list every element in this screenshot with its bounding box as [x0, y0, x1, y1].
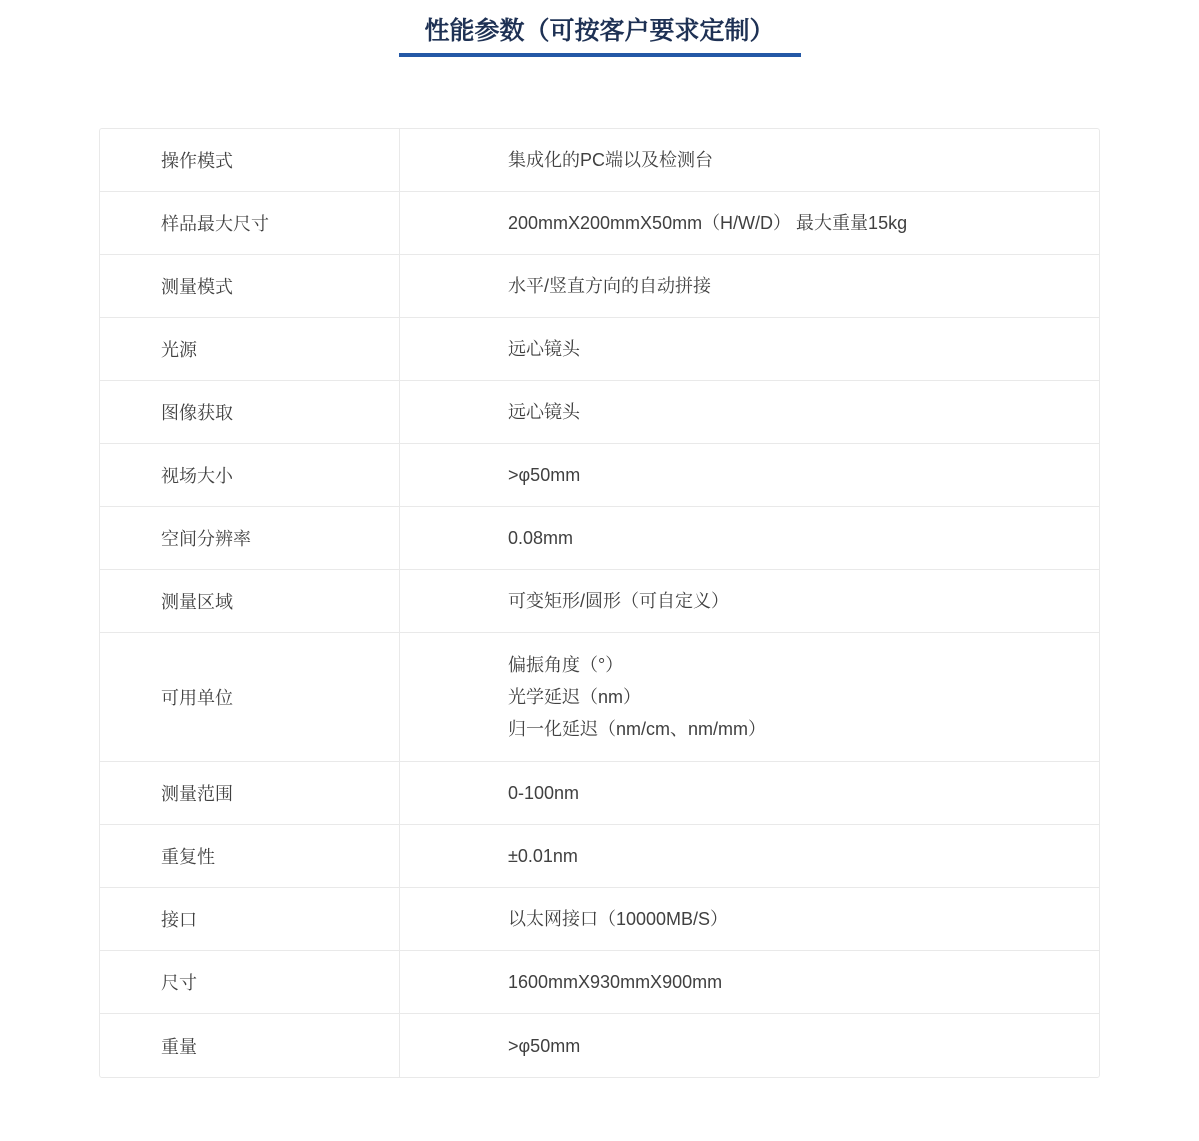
spec-label: 操作模式	[100, 129, 400, 191]
spec-row-spatial-resolution: 空间分辨率 0.08mm	[100, 507, 1099, 570]
spec-label: 可用单位	[100, 633, 400, 761]
page-title: 性能参数（可按客户要求定制）	[0, 12, 1199, 50]
spec-value: 200mmX200mmX50mm（H/W/D） 最大重量15kg	[400, 192, 1099, 254]
spec-value: 可变矩形/圆形（可自定义）	[400, 570, 1099, 632]
spec-row-operation-mode: 操作模式 集成化的PC端以及检测台	[100, 129, 1099, 192]
spec-label: 重量	[100, 1014, 400, 1077]
spec-label: 空间分辨率	[100, 507, 400, 569]
spec-label: 接口	[100, 888, 400, 950]
spec-value: 偏振角度（°） 光学延迟（nm） 归一化延迟（nm/cm、nm/mm）	[400, 633, 1099, 761]
spec-value: 1600mmX930mmX900mm	[400, 951, 1099, 1013]
spec-value: 水平/竖直方向的自动拼接	[400, 255, 1099, 317]
spec-label: 样品最大尺寸	[100, 192, 400, 254]
spec-value: >φ50mm	[400, 1014, 1099, 1077]
spec-label: 测量范围	[100, 762, 400, 824]
spec-value: ±0.01nm	[400, 825, 1099, 887]
spec-table: 操作模式 集成化的PC端以及检测台 样品最大尺寸 200mmX200mmX50m…	[99, 128, 1100, 1078]
spec-value: 远心镜头	[400, 381, 1099, 443]
spec-value: 0.08mm	[400, 507, 1099, 569]
spec-row-measure-range: 测量范围 0-100nm	[100, 762, 1099, 825]
spec-row-dimensions: 尺寸 1600mmX930mmX900mm	[100, 951, 1099, 1014]
spec-row-interface: 接口 以太网接口（10000MB/S）	[100, 888, 1099, 951]
spec-row-field-of-view: 视场大小 >φ50mm	[100, 444, 1099, 507]
spec-row-available-units: 可用单位 偏振角度（°） 光学延迟（nm） 归一化延迟（nm/cm、nm/mm）	[100, 633, 1099, 762]
spec-row-repeatability: 重复性 ±0.01nm	[100, 825, 1099, 888]
spec-row-image-acquisition: 图像获取 远心镜头	[100, 381, 1099, 444]
spec-label: 测量区域	[100, 570, 400, 632]
spec-row-measure-mode: 测量模式 水平/竖直方向的自动拼接	[100, 255, 1099, 318]
spec-row-measure-area: 测量区域 可变矩形/圆形（可自定义）	[100, 570, 1099, 633]
spec-label: 视场大小	[100, 444, 400, 506]
spec-label: 图像获取	[100, 381, 400, 443]
spec-row-max-sample-size: 样品最大尺寸 200mmX200mmX50mm（H/W/D） 最大重量15kg	[100, 192, 1099, 255]
spec-label: 尺寸	[100, 951, 400, 1013]
spec-value: 集成化的PC端以及检测台	[400, 129, 1099, 191]
spec-row-weight: 重量 >φ50mm	[100, 1014, 1099, 1077]
spec-label: 光源	[100, 318, 400, 380]
title-underline-bar	[399, 53, 801, 57]
spec-label: 重复性	[100, 825, 400, 887]
spec-value: 0-100nm	[400, 762, 1099, 824]
spec-value: 远心镜头	[400, 318, 1099, 380]
spec-value: >φ50mm	[400, 444, 1099, 506]
spec-label: 测量模式	[100, 255, 400, 317]
spec-row-light-source: 光源 远心镜头	[100, 318, 1099, 381]
spec-value: 以太网接口（10000MB/S）	[400, 888, 1099, 950]
